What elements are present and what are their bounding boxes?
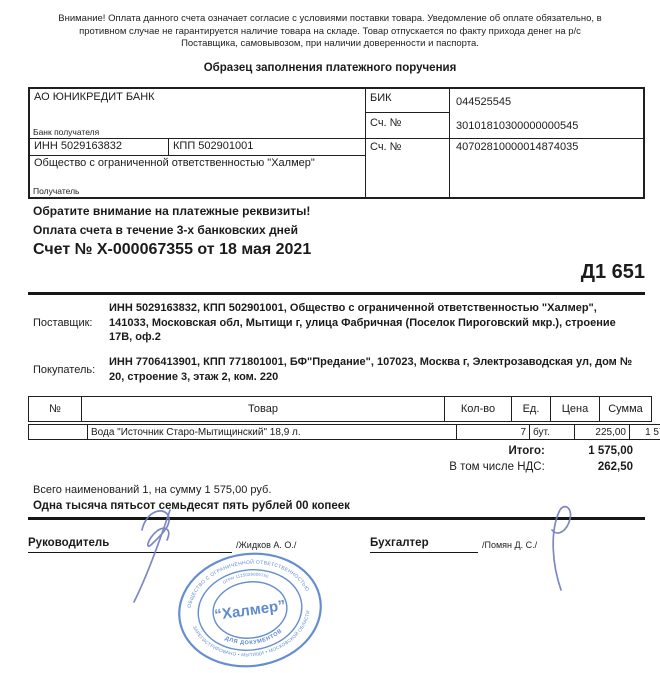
stamp-ring-bottom-text: ЗАРЕГИСТРИРОВАНО • МЫТИЩИ • МОСКОВСКОЙ О… — [192, 609, 316, 665]
col-header-num: № — [29, 397, 82, 422]
accountant-signature-ink — [528, 500, 598, 595]
col-header-name: Товар — [82, 397, 445, 422]
items-count-line: Всего наименований 1, на сумму 1 575,00 … — [33, 484, 271, 496]
payee-cell: Общество с ограниченной ответственностью… — [30, 156, 365, 197]
totals-block: Итого: 1 575,00 В том числе НДС: 262,50 — [449, 443, 633, 475]
vat-line: В том числе НДС: 262,50 — [449, 459, 633, 475]
vat-value: 262,50 — [548, 459, 633, 475]
account-section: Сч. № 40702810000014874035 — [366, 139, 643, 197]
corr-account-label: Сч. № — [366, 113, 449, 129]
attention-line: Обратите внимание на платежные реквизиты… — [33, 204, 310, 218]
doc-code: Д1 651 — [581, 261, 645, 284]
director-signature-line: Руководитель — [28, 531, 232, 553]
supplier-row: Поставщик: ИНН 5029163832, КПП 502901001… — [33, 300, 641, 346]
items-table: № Товар Кол-во Ед. Цена Сумма Вода "Исто… — [28, 396, 645, 440]
col-header-price: Цена — [551, 397, 600, 422]
payment-order-sample-title: Образец заполнения платежного поручения — [0, 62, 660, 74]
stamp-ring-top-text: ОБЩЕСТВО С ОГРАНИЧЕННОЙ ОТВЕТСТВЕННОСТЬЮ — [181, 550, 310, 609]
stamp-inner-ring — [209, 577, 290, 643]
inn-kpp-row: ИНН 5029163832 КПП 502901001 — [30, 139, 365, 156]
buyer-label: Покупатель: — [33, 364, 109, 376]
bik-corr-values: 044525545 30101810300000000545 — [450, 89, 643, 138]
stamp-outer-ring — [172, 548, 328, 673]
item-num — [29, 425, 88, 440]
stamp-ogrn-text: ОГРН 1125029009750 — [221, 569, 270, 585]
vat-label: В том числе НДС: — [449, 461, 545, 473]
item-sum: 1 575,00 — [630, 425, 660, 440]
accountant-signature-block: Бухгалтер /Помян Д. С./ — [370, 531, 537, 553]
item-price: 225,00 — [575, 425, 630, 440]
stamp-center-text: “Халмер” — [213, 597, 286, 624]
director-label: Руководитель — [28, 537, 109, 549]
payment-notice: Внимание! Оплата данного счета означает … — [50, 13, 610, 51]
amount-in-words: Одна тысяча пятьсот семьдесят пять рубле… — [33, 500, 350, 512]
payee-kpp: КПП 502901001 — [169, 139, 365, 155]
table-row: Вода "Источник Старо-Мытищинский" 18,9 л… — [28, 424, 660, 440]
bank-table-left-block: АО ЮНИКРЕДИТ БАНК Банк получателя ИНН 50… — [30, 89, 366, 197]
bank-name: АО ЮНИКРЕДИТ БАНК — [34, 91, 361, 103]
invoice-title: Счет № Х-000067355 от 18 мая 2021 — [33, 241, 311, 259]
total-value: 1 575,00 — [548, 443, 633, 459]
account-label: Сч. № — [366, 139, 450, 197]
bank-cell: АО ЮНИКРЕДИТ БАНК Банк получателя — [30, 89, 365, 139]
divider-signatures — [28, 517, 645, 520]
corr-account-value: 30101810300000000545 — [456, 116, 643, 140]
accountant-name: /Помян Д. С./ — [482, 540, 537, 553]
director-name: /Жидков А. О./ — [236, 540, 296, 553]
col-header-sum: Сумма — [600, 397, 652, 422]
buyer-value: ИНН 7706413901, КПП 771801001, БФ"Предан… — [109, 355, 637, 385]
supplier-value: ИНН 5029163832, КПП 502901001, Общество … — [109, 301, 637, 346]
stamp-purpose-text: ДЛЯ ДОКУМЕНТОВ — [223, 628, 285, 650]
item-unit: бут. — [530, 425, 575, 440]
bank-requisites-table: АО ЮНИКРЕДИТ БАНК Банк получателя ИНН 50… — [28, 87, 645, 199]
col-header-qty: Кол-во — [445, 397, 512, 422]
payee-label: Получатель — [33, 186, 79, 196]
bik-value: 044525545 — [456, 92, 643, 116]
bik-corr-labels: БИК Сч. № — [366, 89, 450, 138]
supplier-label: Поставщик: — [33, 317, 109, 329]
bik-label: БИК — [366, 89, 449, 113]
bank-table-right-block: БИК Сч. № 044525545 30101810300000000545… — [366, 89, 643, 197]
accountant-signature-line: Бухгалтер — [370, 531, 478, 553]
items-header-row: № Товар Кол-во Ед. Цена Сумма — [28, 396, 652, 422]
bank-label: Банк получателя — [33, 127, 99, 137]
item-name: Вода "Источник Старо-Мытищинский" 18,9 л… — [88, 425, 457, 440]
payee-name: Общество с ограниченной ответственностью… — [34, 157, 361, 169]
bik-corr-section: БИК Сч. № 044525545 30101810300000000545 — [366, 89, 643, 139]
stamp-middle-ring — [193, 563, 307, 657]
invoice-document: Внимание! Оплата данного счета означает … — [0, 0, 660, 673]
divider-top — [28, 292, 645, 295]
total-line: Итого: 1 575,00 — [449, 443, 633, 459]
item-qty: 7 — [457, 425, 530, 440]
company-stamp: ОБЩЕСТВО С ОГРАНИЧЕННОЙ ОТВЕТСТВЕННОСТЬЮ… — [150, 548, 350, 673]
total-label: Итого: — [509, 445, 545, 457]
payment-term-line: Оплата счета в течение 3-х банковских дн… — [33, 223, 298, 237]
director-signature-block: Руководитель /Жидков А. О./ — [28, 531, 296, 553]
account-value: 40702810000014874035 — [450, 139, 643, 197]
payee-inn: ИНН 5029163832 — [30, 139, 169, 155]
accountant-label: Бухгалтер — [370, 537, 429, 549]
col-header-unit: Ед. — [512, 397, 551, 422]
buyer-row: Покупатель: ИНН 7706413901, КПП 77180100… — [33, 354, 641, 386]
